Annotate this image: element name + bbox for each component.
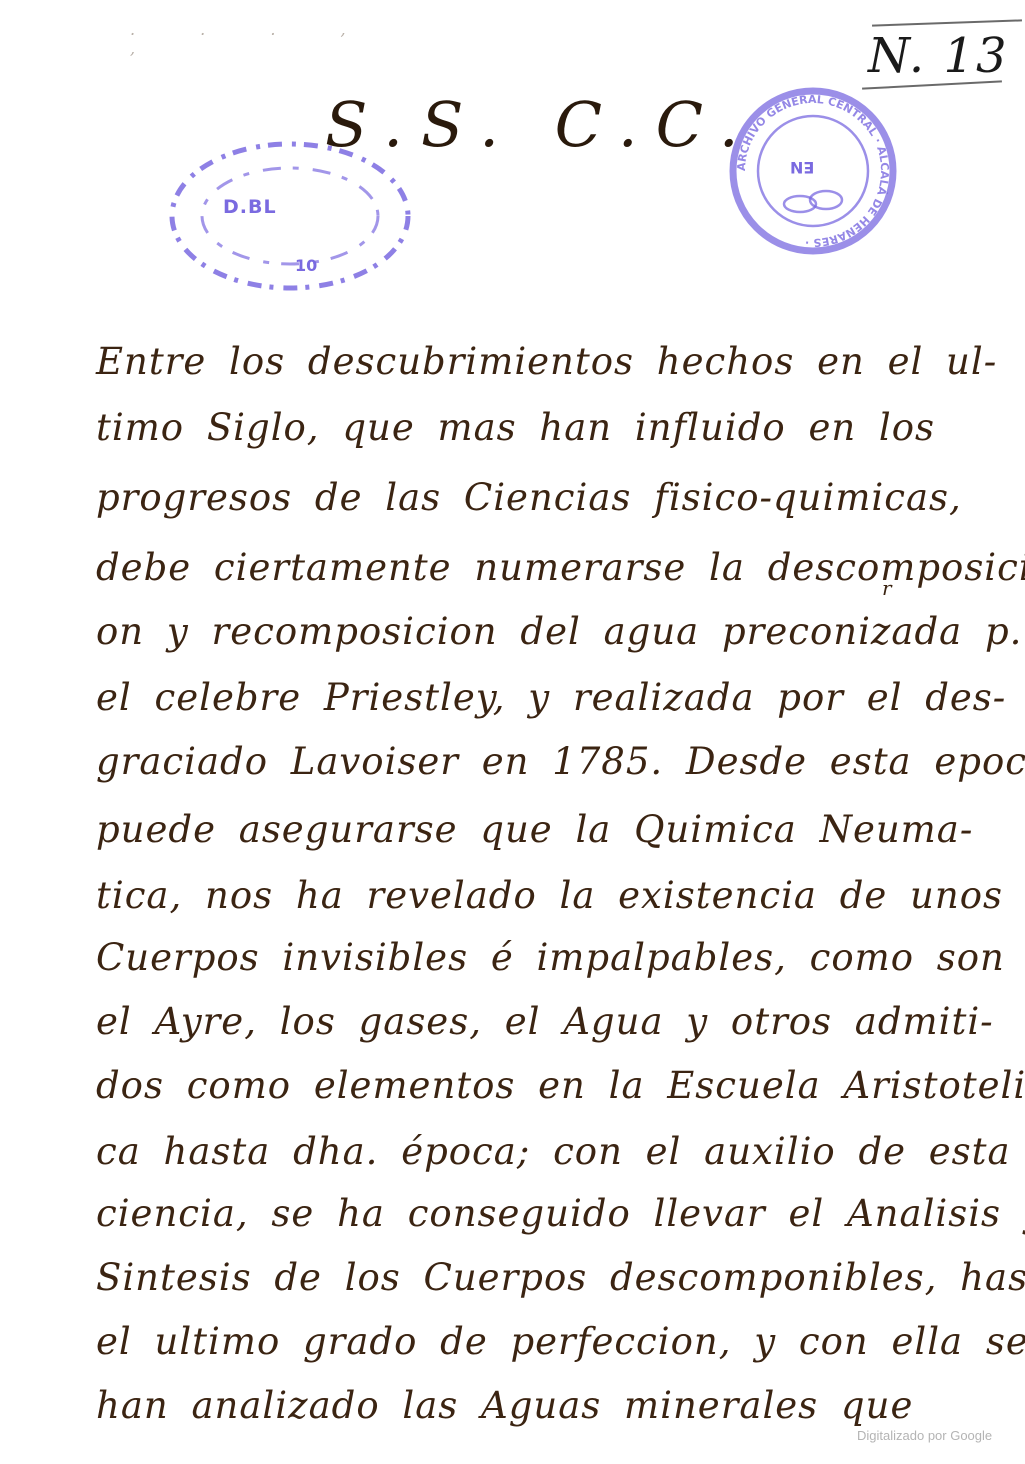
manuscript-line: on y recomposicion del agua preconizada … — [96, 610, 1022, 653]
oval-stamp-icon — [165, 138, 415, 293]
manuscript-line: graciado Lavoiser en 1785. Desde esta ep… — [96, 740, 1025, 783]
manuscript-line: tica, nos ha revelado la existencia de u… — [96, 874, 1003, 917]
manuscript-line: ca hasta dha. época; con el auxilio de e… — [96, 1130, 1011, 1173]
archive-stamp-round: ARCHIVO GENERAL CENTRAL · ALCALÁ DE HENA… — [728, 86, 898, 256]
document-number-label: N. 13 — [868, 28, 1009, 84]
document-number: N. 13 — [862, 18, 1012, 82]
number-rule-top — [872, 19, 1022, 26]
manuscript-line: el Ayre, los gases, el Agua y otros admi… — [96, 1000, 994, 1043]
manuscript-line: puede asegurarse que la Quimica Neuma- — [96, 808, 973, 851]
manuscript-line: el ultimo grado de perfeccion, y con ell… — [96, 1320, 1025, 1363]
library-stamp-oval: D.BL 10 — [165, 138, 415, 293]
manuscript-line: Cuerpos invisibles é impalpables, como s… — [96, 936, 1005, 979]
manuscript-line: progresos de las Ciencias fisico-quimica… — [96, 476, 962, 519]
manuscript-line: timo Siglo, que mas han influido en los — [96, 406, 935, 449]
oval-stamp-text: D.BL — [223, 196, 277, 218]
round-stamp-center-text: EN — [790, 158, 814, 177]
manuscript-line: Entre los descubrimientos hechos en el u… — [96, 340, 997, 383]
faint-marks: . . . , , — [130, 20, 410, 50]
manuscript-line: han analizado las Aguas minerales que — [96, 1384, 913, 1427]
manuscript-page: . . . , , N. 13 S.S. C.C. D.BL 10 ARCHIV… — [0, 0, 1025, 1464]
google-watermark: Digitalizado por Google — [857, 1428, 992, 1443]
manuscript-line: Sintesis de los Cuerpos descomponibles, … — [96, 1256, 1025, 1299]
manuscript-line: dos como elementos en la Escuela Aristot… — [96, 1064, 1025, 1107]
manuscript-line: el celebre Priestley, y realizada por el… — [96, 676, 1006, 719]
oval-stamp-number: 10 — [295, 256, 317, 275]
superscript-mark: r — [882, 576, 892, 600]
manuscript-line: ciencia, se ha conseguido llevar el Anal… — [96, 1192, 1025, 1235]
